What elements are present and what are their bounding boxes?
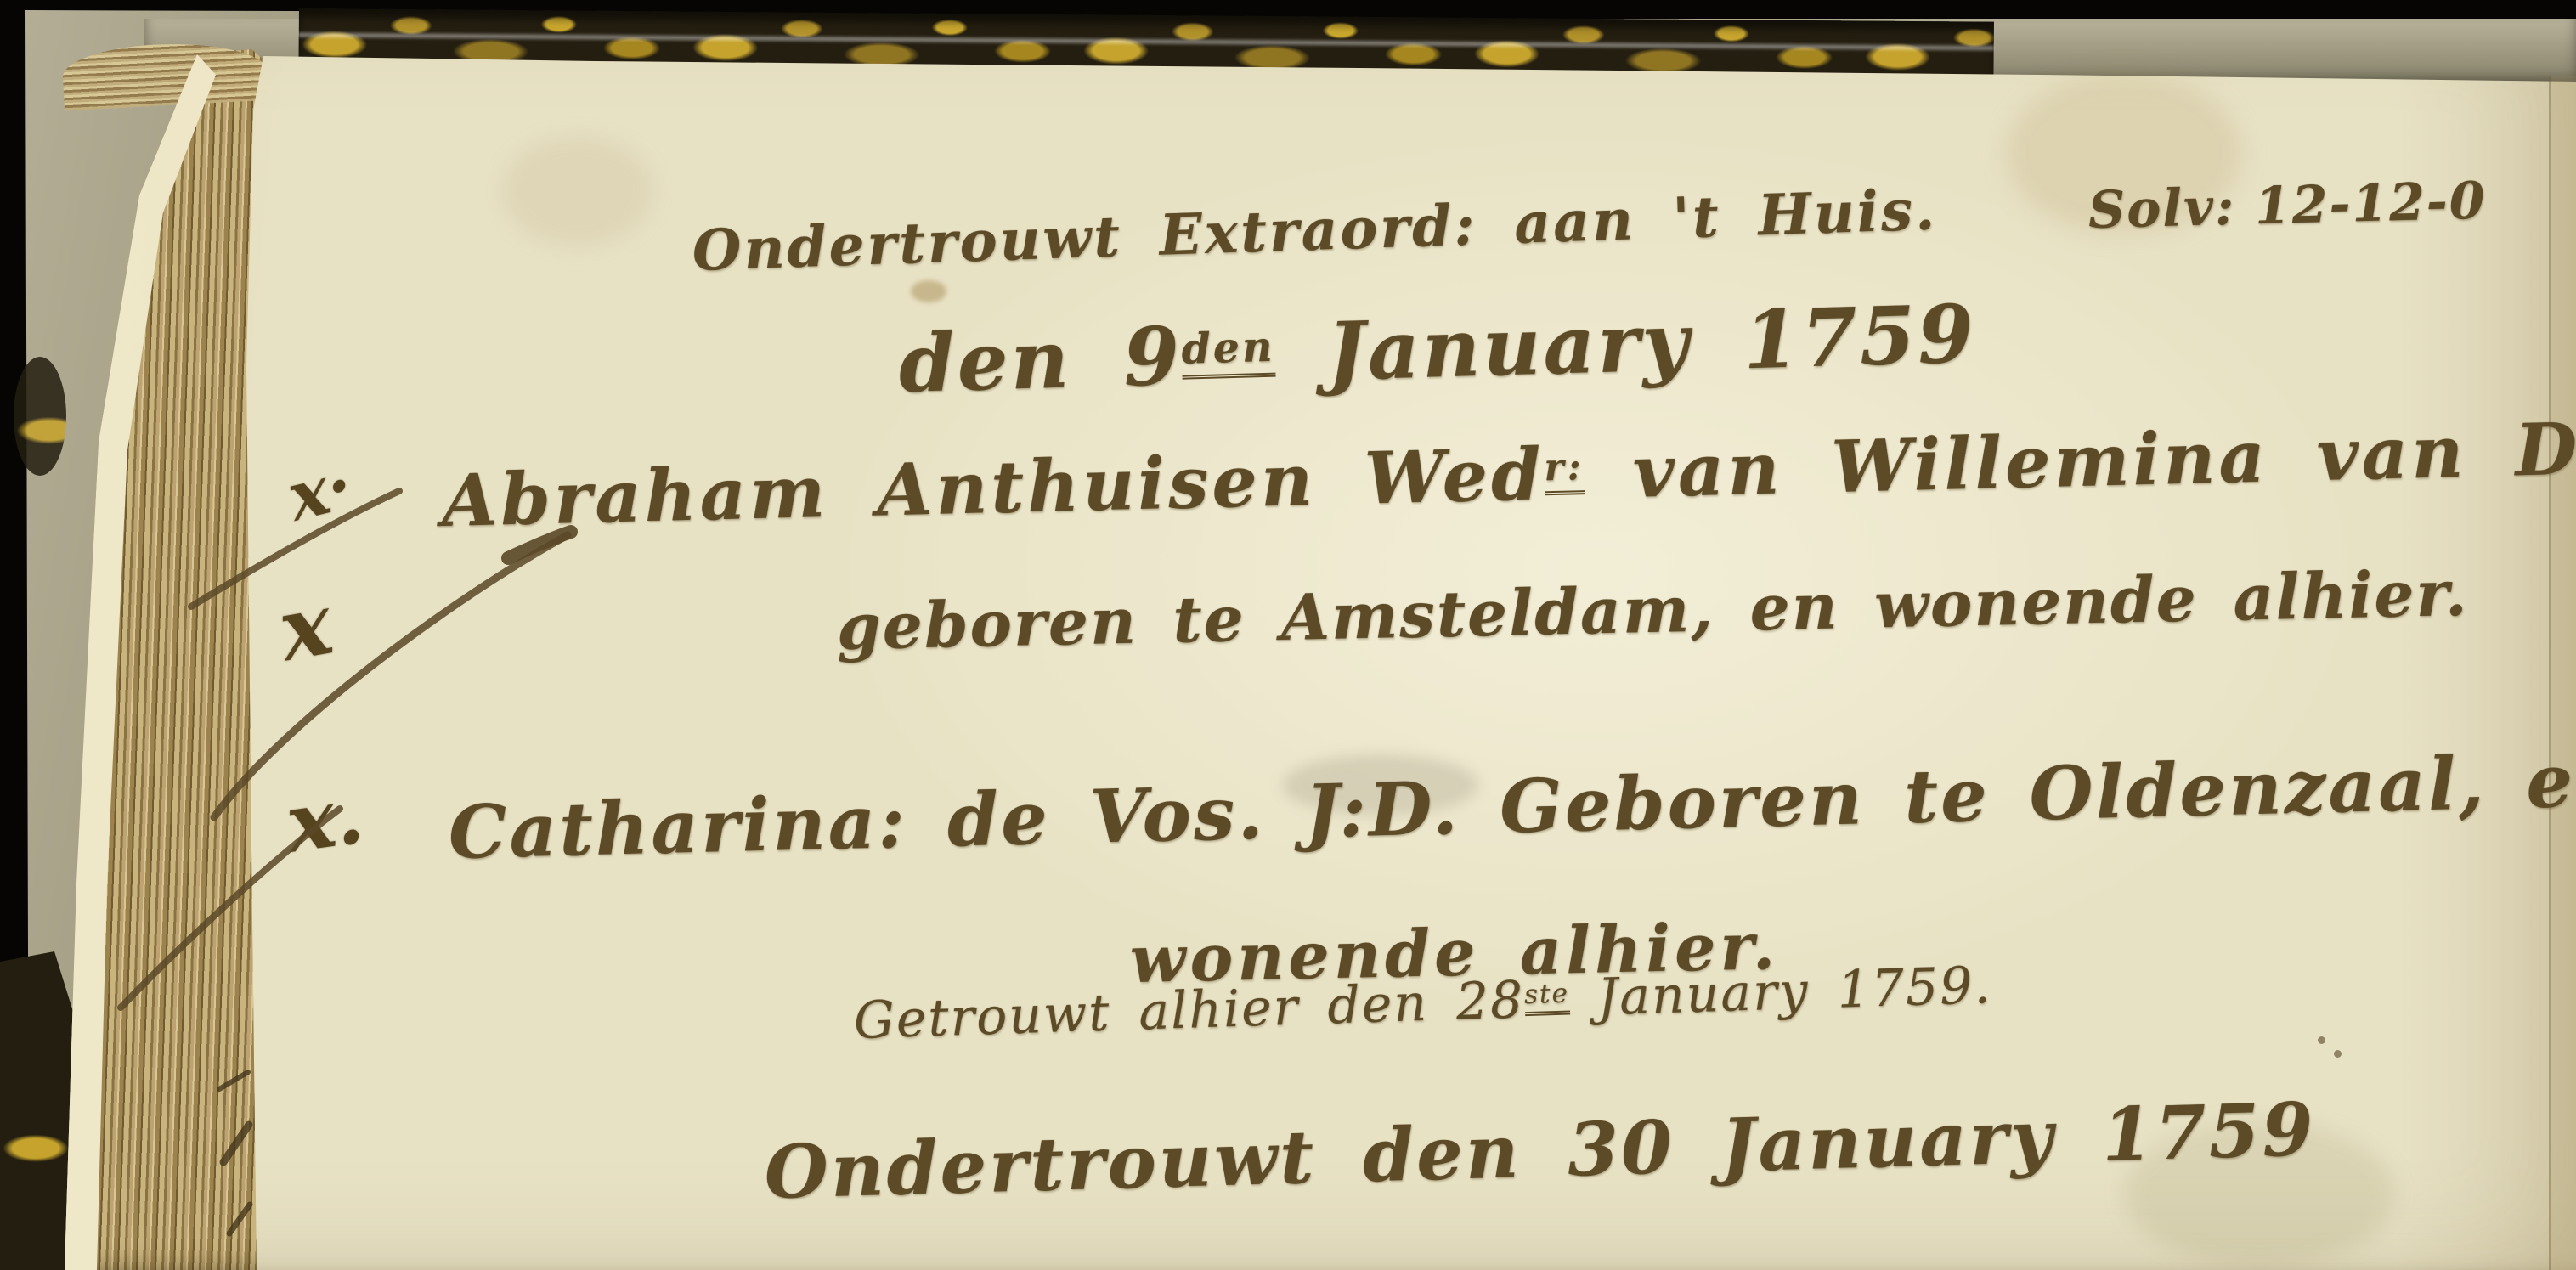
book-photo: Ondertrouwt Extraord: aan 't Huis. Solv:… <box>0 0 2576 1270</box>
pen-stroke-marks <box>0 0 2576 1270</box>
